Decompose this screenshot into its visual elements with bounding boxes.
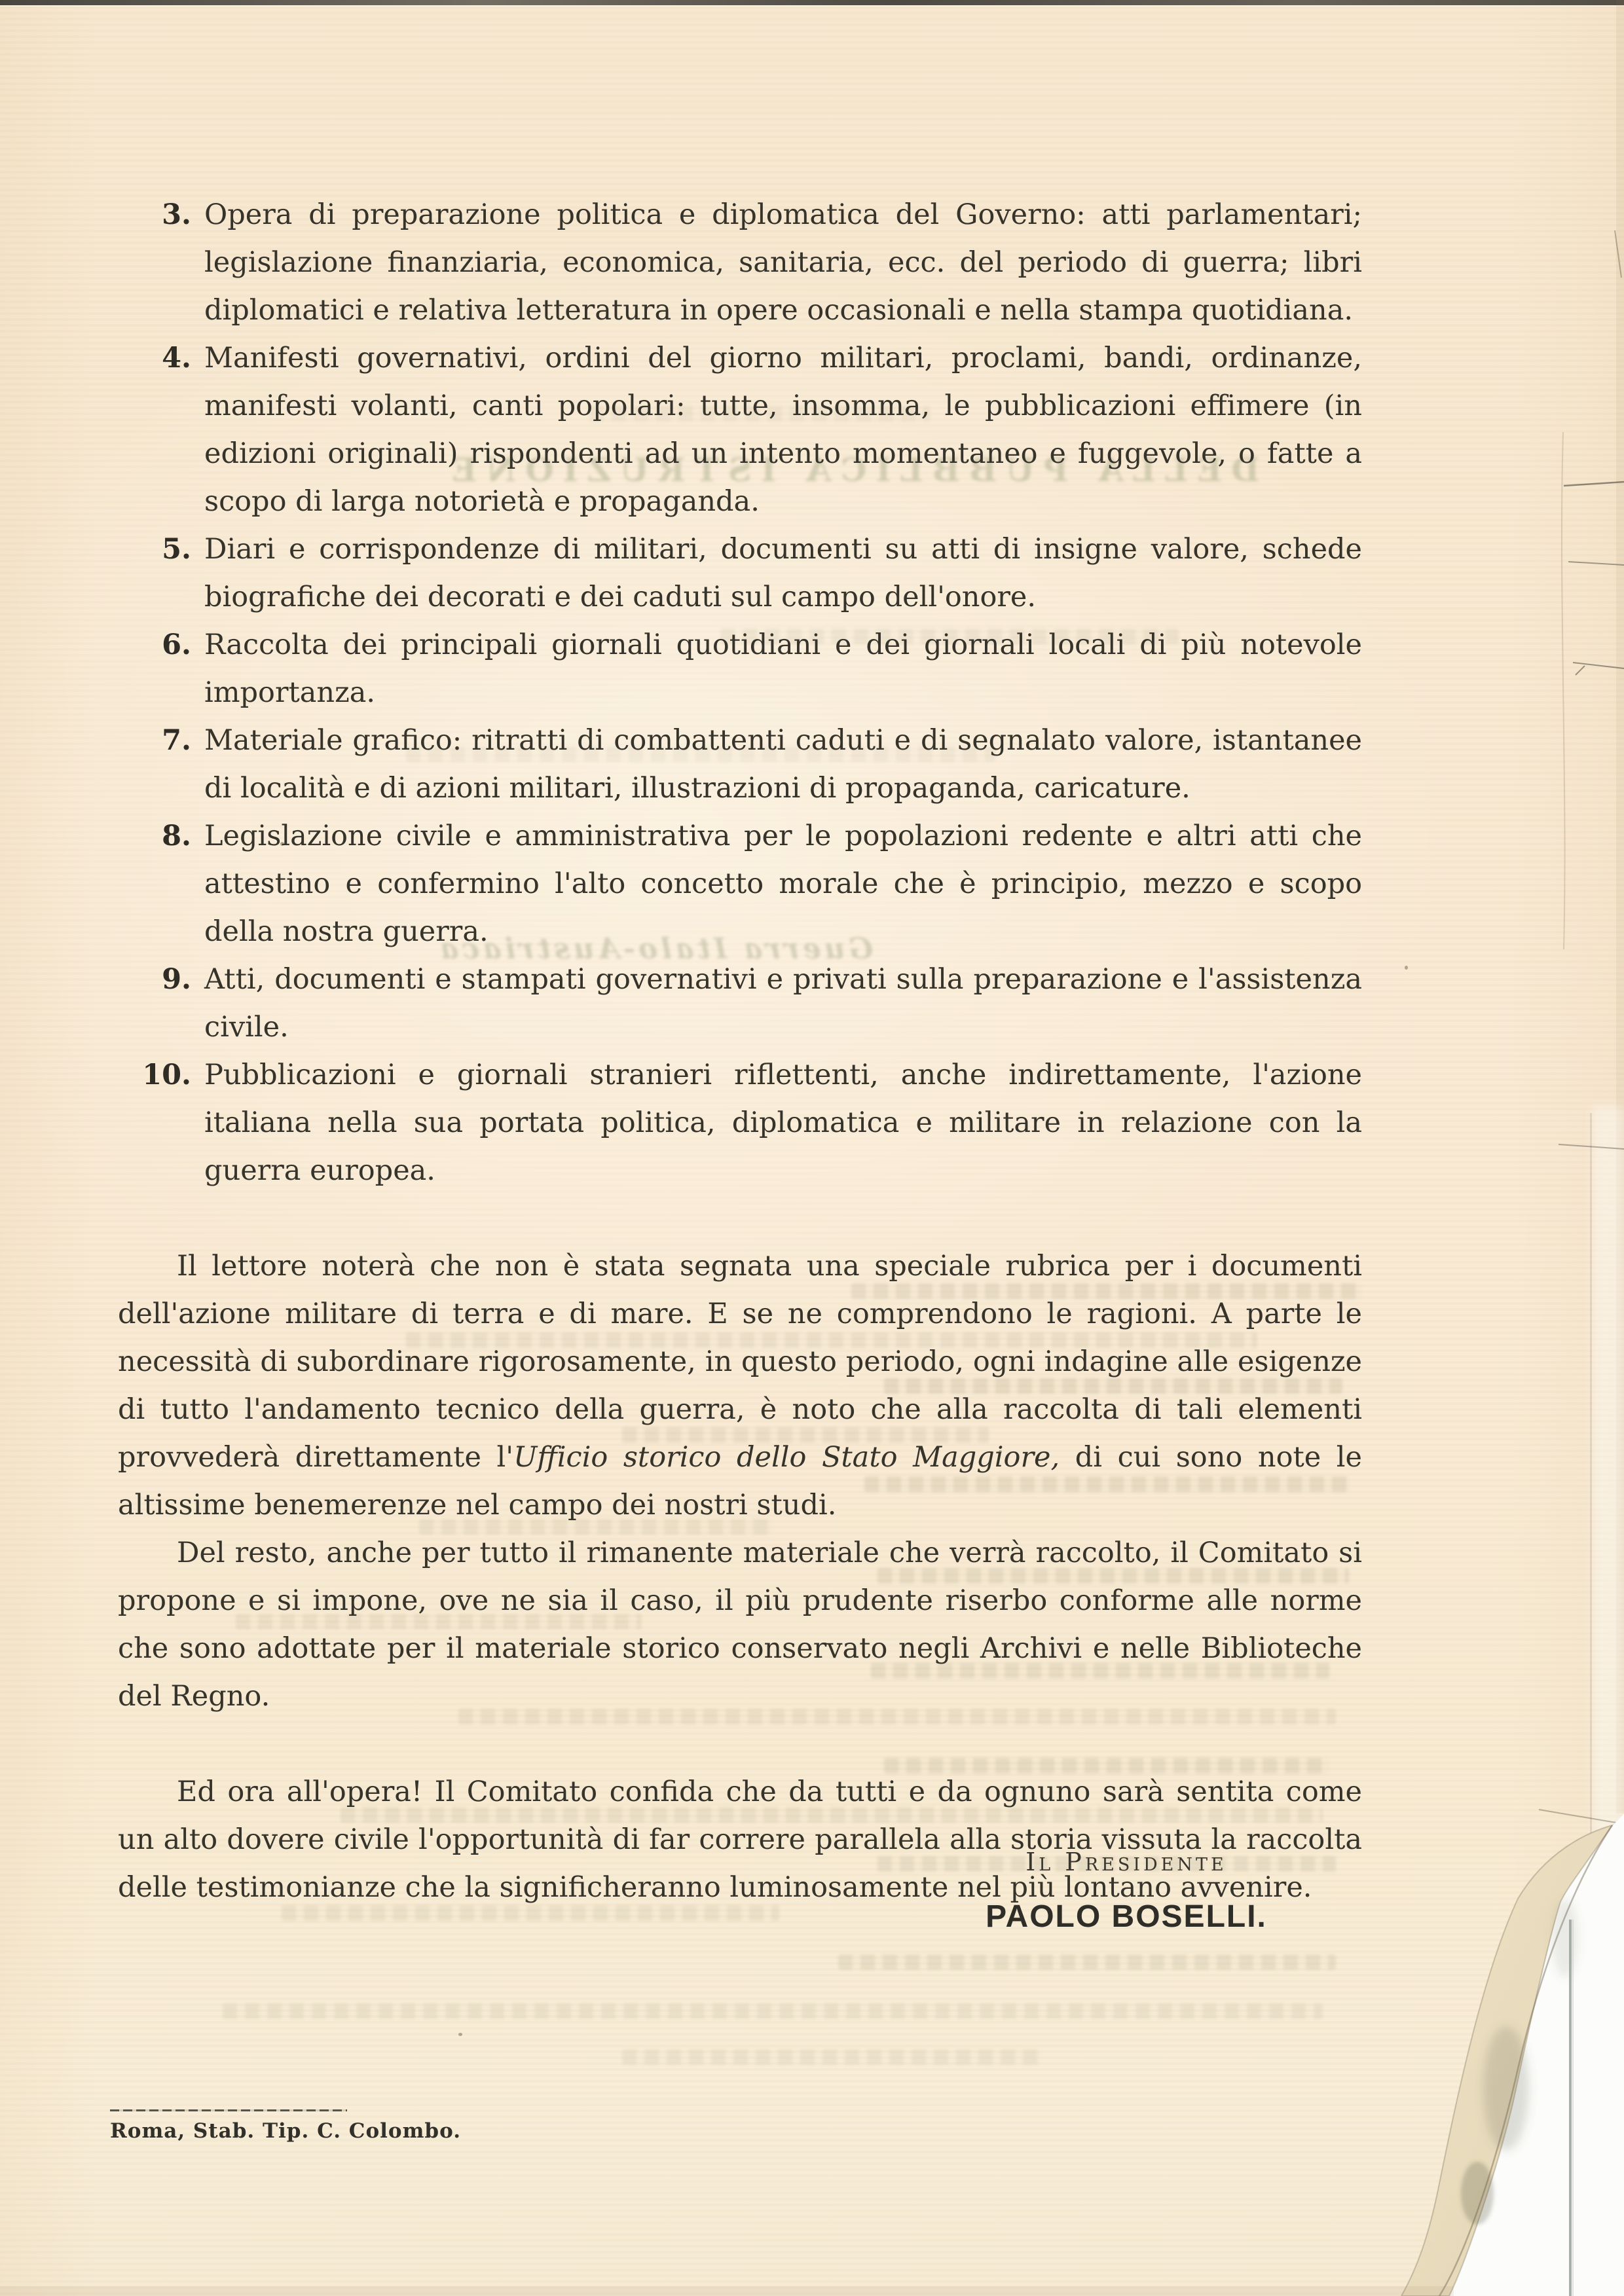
bleedthrough-smudge bbox=[223, 2003, 1323, 2019]
dust-speck bbox=[458, 2033, 462, 2036]
footer-rule bbox=[110, 2109, 347, 2111]
scanner-edge-line bbox=[1569, 1920, 1572, 2296]
list-item: 4.Manifesti governativi, ordini del gior… bbox=[118, 335, 1362, 526]
list-item: 6.Raccolta dei principali giornali quoti… bbox=[118, 621, 1362, 717]
bleedthrough-smudge bbox=[838, 1954, 1336, 1970]
list-item: 3.Opera di preparazione politica e diplo… bbox=[118, 191, 1362, 335]
printer-imprint: Roma, Stab. Tip. C. Colombo. bbox=[110, 2109, 461, 2143]
list-item-number: 7. bbox=[118, 717, 191, 765]
flap-smudge bbox=[1461, 2162, 1494, 2225]
list-item: 9.Atti, documenti e stampati governativi… bbox=[118, 956, 1362, 1051]
scanner-background-wedge bbox=[1449, 1813, 1624, 2296]
list-item-text: Raccolta dei principali giornali quotidi… bbox=[204, 629, 1362, 709]
list-item: 10.Pubblicazioni e giornali stranieri ri… bbox=[118, 1051, 1362, 1195]
list-item-text: Atti, documenti e stampati governativi e… bbox=[204, 963, 1362, 1044]
list-item-text: Diari e corrispondenze di militari, docu… bbox=[204, 533, 1362, 613]
edge-crack bbox=[1568, 562, 1624, 565]
list-item-number: 6. bbox=[118, 621, 191, 669]
list-item-text: Materiale grafico: ritratti di combatten… bbox=[204, 724, 1362, 805]
list-item-text: Manifesti governativi, ordini del giorno… bbox=[204, 342, 1362, 518]
top-edge-strip bbox=[0, 0, 1624, 5]
list-item-number: 9. bbox=[118, 956, 191, 1004]
signature-block: Il Presidente PAOLO BOSELLI. bbox=[936, 1848, 1316, 1935]
text-block: 3.Opera di preparazione politica e diplo… bbox=[118, 191, 1362, 1912]
scanned-document-page: DELLA PUBBLICA ISTRUZIONE Guerra Italo-A… bbox=[0, 0, 1624, 2296]
edge-crack bbox=[1615, 230, 1621, 278]
list-item: 5.Diari e corrispondenze di militari, do… bbox=[118, 526, 1362, 621]
paragraph: Il lettore noterà che non è stata segnat… bbox=[118, 1243, 1362, 1529]
fold-crease-line bbox=[1439, 1825, 1612, 2296]
list-item-number: 10. bbox=[118, 1051, 191, 1099]
numbered-list: 3.Opera di preparazione politica e diplo… bbox=[118, 191, 1362, 1195]
flap-smudge bbox=[1483, 2026, 1529, 2151]
edge-crease bbox=[1562, 432, 1565, 949]
folded-corner-flap bbox=[1401, 1825, 1612, 2296]
paragraphs: Il lettore noterà che non è stata segnat… bbox=[118, 1243, 1362, 1912]
list-item: 8.Legislazione civile e amministrativa p… bbox=[118, 812, 1362, 956]
list-item: 7.Materiale grafico: ritratti di combatt… bbox=[118, 717, 1362, 812]
edge-crack bbox=[1539, 1810, 1624, 1824]
bleedthrough-smudge bbox=[622, 2049, 1041, 2065]
list-item-number: 3. bbox=[118, 191, 191, 239]
list-item-number: 4. bbox=[118, 335, 191, 382]
page-curl-highlight bbox=[1593, 1106, 1624, 1886]
list-item-text: Legislazione civile e amministrativa per… bbox=[204, 820, 1362, 948]
flap-smudge bbox=[1552, 1899, 1578, 1977]
list-item-text: Pubblicazioni e giornali stranieri rifle… bbox=[204, 1059, 1362, 1187]
paragraph: Del resto, anche per tutto il rimanente … bbox=[118, 1529, 1362, 1721]
dust-speck bbox=[1405, 966, 1408, 970]
list-item-number: 8. bbox=[118, 812, 191, 860]
signature-name: PAOLO BOSELLI. bbox=[936, 1899, 1316, 1935]
list-item-text: Opera di preparazione politica e diploma… bbox=[204, 198, 1362, 327]
edge-crack bbox=[1559, 1144, 1624, 1149]
footer-imprint-text: Roma, Stab. Tip. C. Colombo. bbox=[110, 2119, 461, 2143]
signature-role: Il Presidente bbox=[936, 1848, 1316, 1876]
edge-crack bbox=[1573, 663, 1624, 675]
edge-crack bbox=[1564, 482, 1624, 486]
list-item-number: 5. bbox=[118, 526, 191, 574]
